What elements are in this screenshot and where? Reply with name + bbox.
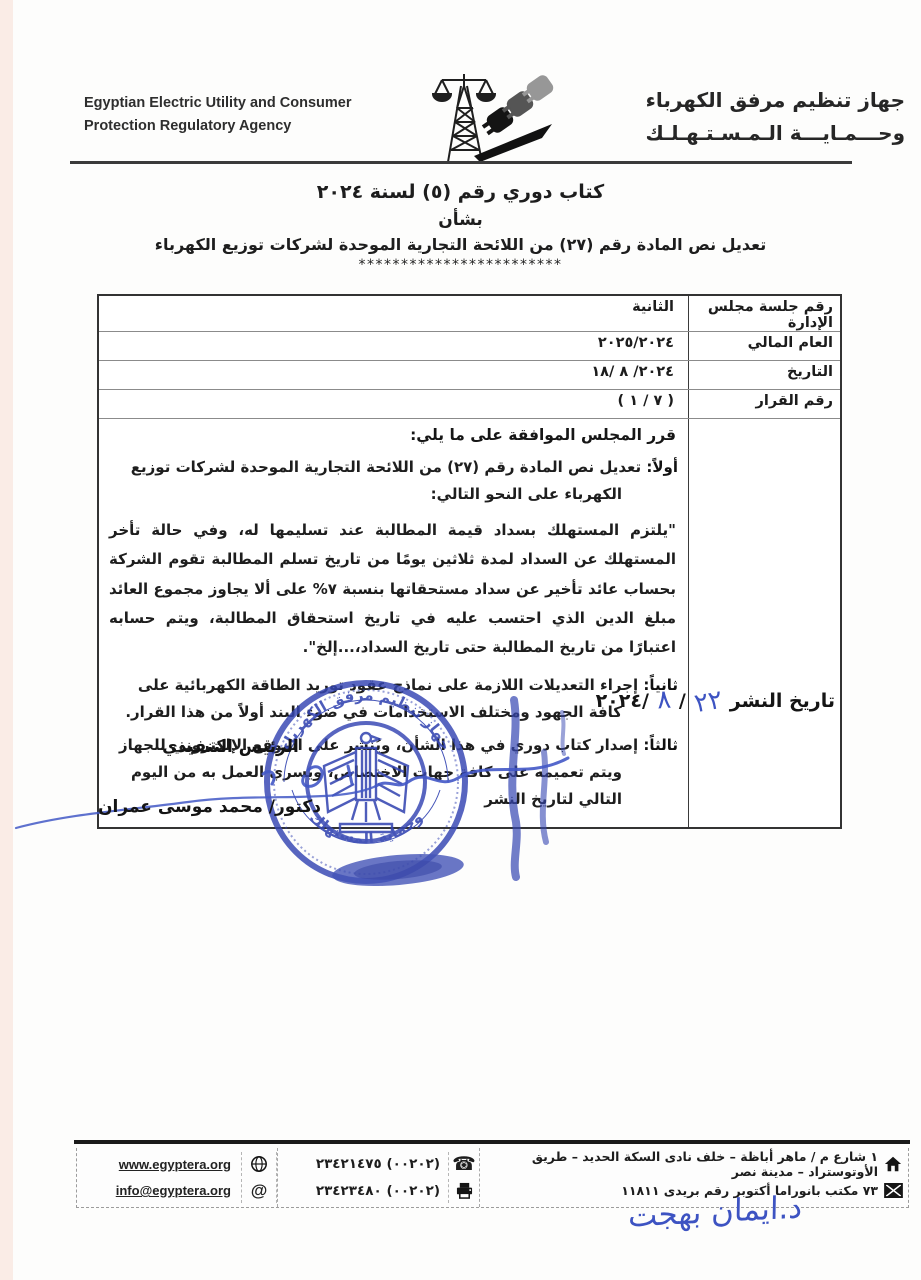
phone-icon: ☎ <box>448 1152 479 1176</box>
agency-name-english: Egyptian Electric Utility and Consumer P… <box>84 92 352 138</box>
agency-logo-icon <box>404 62 562 168</box>
envelope-icon <box>878 1183 908 1198</box>
regarding-label: بشأن <box>0 210 921 230</box>
signer-name: دكتور/ محمد موسى عمران <box>98 797 321 817</box>
decision-item-1: أولاً: تعديل نص المادة رقم (٢٧) من اللائ… <box>107 454 678 508</box>
circular-number-title: كتاب دوري رقم (٥) لسنة ٢٠٢٤ <box>0 181 921 203</box>
footer-phone-cell: ☎ (٠٠٢٠٢) ٢٣٤٢١٤٧٥ (٠٠٢٠٢) ٢٣٤٢٣٤٨٠ <box>278 1148 480 1207</box>
agency-name-ar-line1: جهاز تنظيم مرفق الكهرباء <box>645 84 905 117</box>
email-address: info@egyptera.org <box>116 1183 231 1198</box>
fax-number: (٠٠٢٠٢) ٢٣٤٢٣٤٨٠ <box>316 1183 448 1199</box>
item-1-label: أولاً: <box>646 458 678 476</box>
stars-separator: ************************ <box>0 257 921 273</box>
item-3-label: ثالثاً: <box>643 736 678 754</box>
table-row: العام المالي ٢٠٢٥/٢٠٢٤ <box>99 332 840 361</box>
address-line-1: ١ شارع م / ماهر أباظة – خلف نادى السكة ا… <box>480 1149 878 1179</box>
empty-label-cell <box>688 419 840 827</box>
header-divider <box>70 161 852 164</box>
home-icon <box>878 1155 908 1173</box>
row-value: ٢٠٢٥/٢٠٢٤ <box>99 332 688 360</box>
plug-shapes <box>474 73 556 162</box>
publication-date-label: تاريخ النشر <box>730 690 835 712</box>
publication-date-line: تاريخ النشر ٢٢ / ٨ / ٢٠٢٤ <box>596 684 835 714</box>
row-value: ٢٠٢٤/ ٨ /١٨ <box>99 361 688 389</box>
handwritten-signature <box>8 740 588 835</box>
row-value: ( ٧ / ١ ) <box>99 390 688 418</box>
website-url: www.egyptera.org <box>119 1157 231 1172</box>
agency-name-en-line1: Egyptian Electric Utility and Consumer <box>84 92 352 115</box>
table-row: رقم القرار ( ٧ / ١ ) <box>99 390 840 419</box>
item-1-text: تعديل نص المادة رقم (٢٧) من اللائحة التج… <box>131 458 647 503</box>
row-label: رقم جلسة مجلس الإدارة <box>688 296 840 331</box>
agency-name-ar-line2: وحـــمـايـــة الـمـسـتـهـلـك <box>645 117 905 150</box>
scanned-document-page: Egyptian Electric Utility and Consumer P… <box>0 0 921 1280</box>
document-title-block: كتاب دوري رقم (٥) لسنة ٢٠٢٤ بشأن تعديل ن… <box>0 181 921 273</box>
phone-number: (٠٠٢٠٢) ٢٣٤٢١٤٧٥ <box>316 1156 448 1172</box>
row-label: العام المالي <box>688 332 840 360</box>
at-icon: @ <box>241 1179 277 1203</box>
row-label: رقم القرار <box>688 390 840 418</box>
publication-year: ٢٠٢٤ <box>596 690 642 712</box>
date-slash: / <box>679 690 686 712</box>
agency-name-arabic: جهاز تنظيم مرفق الكهرباء وحـــمـايـــة ا… <box>645 84 905 150</box>
table-row: رقم جلسة مجلس الإدارة الثانية <box>99 296 840 332</box>
table-row: التاريخ ٢٠٢٤/ ٨ /١٨ <box>99 361 840 390</box>
footer-divider <box>74 1140 910 1144</box>
handwritten-name-note: د.ايمان بهجت <box>628 1189 803 1234</box>
decision-heading: قرر المجلس الموافقة على ما يلي: <box>107 426 676 444</box>
amended-article-quote: "يلتزم المستهلك بسداد قيمة المطالبة عند … <box>109 516 676 662</box>
handwritten-day: ٢٢ <box>692 685 725 719</box>
row-label: التاريخ <box>688 361 840 389</box>
globe-icon <box>241 1152 277 1176</box>
handwritten-month: ٨ <box>656 685 672 716</box>
row-value: الثانية <box>99 296 688 331</box>
subject-title: تعديل نص المادة رقم (٢٧) من اللائحة التج… <box>0 235 921 254</box>
footer-web-cell: www.egyptera.org info@egyptera.org @ <box>77 1148 278 1207</box>
date-slash: / <box>642 690 649 712</box>
agency-name-en-line2: Protection Regulatory Agency <box>84 115 352 138</box>
fax-icon <box>448 1179 479 1203</box>
